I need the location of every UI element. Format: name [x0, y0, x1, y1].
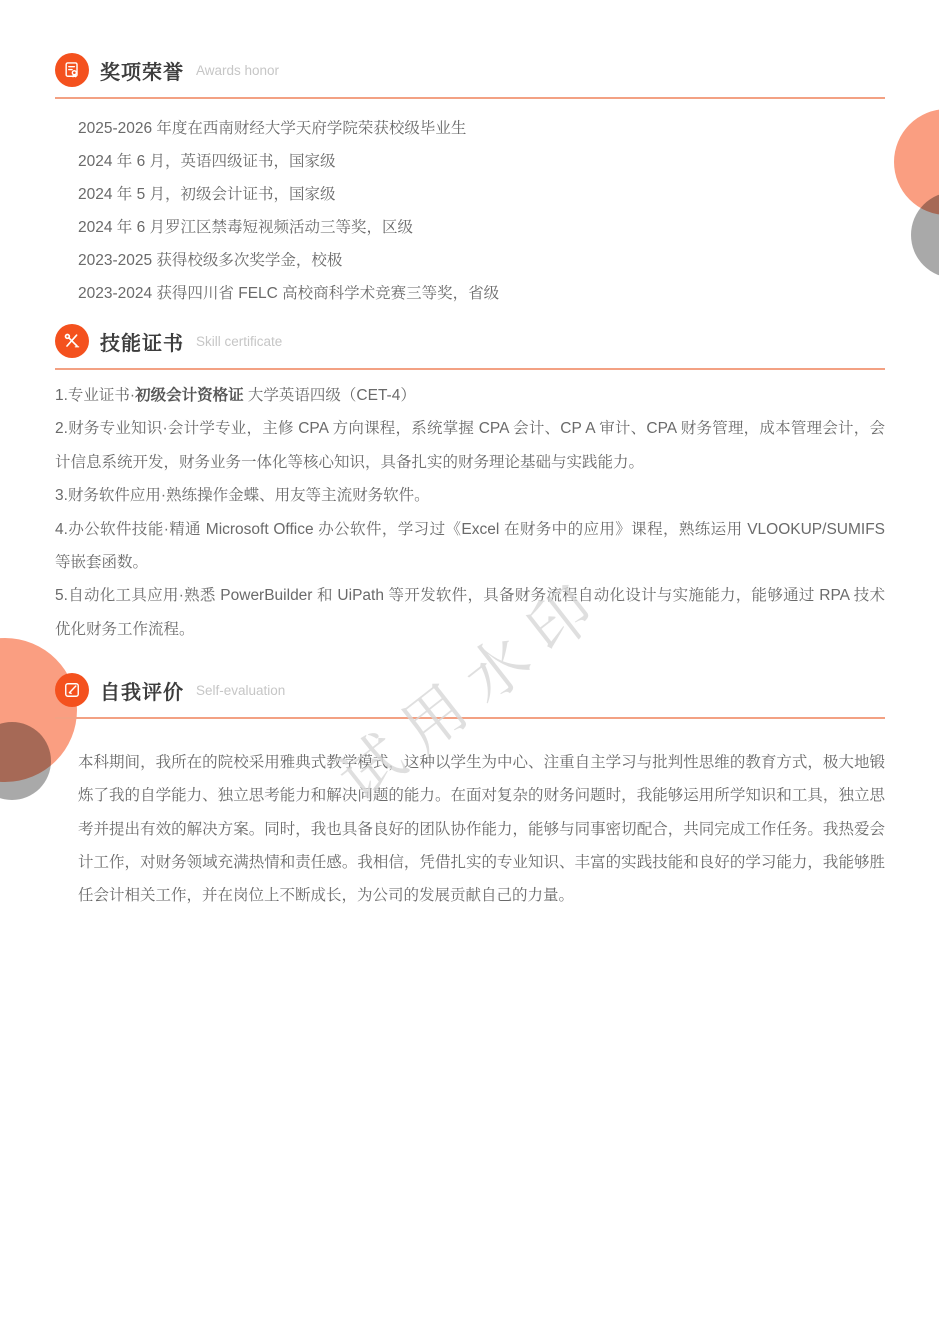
skill-item: 5.自动化工具应用·熟悉 PowerBuilder 和 UiPath 等开发软件… [55, 579, 885, 646]
award-item: 2023-2024 获得四川省 FELC 高校商科学术竞赛三等奖，省级 [78, 277, 885, 310]
award-item: 2024 年 6 月罗江区禁毒短视频活动三等奖，区级 [78, 211, 885, 244]
awards-subtitle: Awards honor [196, 63, 279, 78]
award-item: 2025-2026 年度在西南财经大学天府学院荣获校级毕业生 [78, 112, 885, 145]
skill-item-prefix: 1.专业证书· [55, 387, 135, 404]
section-awards: 奖项荣誉 Awards honor 2025-2026 年度在西南财经大学天府学… [55, 53, 885, 310]
skills-header: 技能证书 Skill certificate [55, 324, 885, 358]
edit-icon [55, 673, 89, 707]
skills-list: 1.专业证书·初级会计资格证 大学英语四级（CET-4） 2.财务专业知识·会计… [55, 379, 885, 646]
skill-item: 1.专业证书·初级会计资格证 大学英语四级（CET-4） [55, 379, 885, 412]
skills-subtitle: Skill certificate [196, 334, 282, 349]
resume-page: { "page": { "watermark": "试用水印" }, "colo… [0, 0, 939, 1328]
resume-content: 奖项荣誉 Awards honor 2025-2026 年度在西南财经大学天府学… [0, 0, 939, 912]
section-skills: 技能证书 Skill certificate 1.专业证书·初级会计资格证 大学… [55, 324, 885, 646]
evaluation-divider [55, 717, 885, 719]
skills-title: 技能证书 [100, 327, 184, 356]
evaluation-title: 自我评价 [100, 676, 184, 705]
certificate-icon [55, 53, 89, 87]
skill-item: 2.财务专业知识·会计学专业，主修 CPA 方向课程，系统掌握 CPA 会计、C… [55, 412, 885, 479]
skill-item: 4.办公软件技能·精通 Microsoft Office 办公软件，学习过《Ex… [55, 513, 885, 580]
award-item: 2024 年 5 月，初级会计证书，国家级 [78, 178, 885, 211]
skills-divider [55, 368, 885, 370]
awards-title: 奖项荣誉 [100, 56, 184, 85]
skill-item: 3.财务软件应用·熟练操作金蝶、用友等主流财务软件。 [55, 479, 885, 512]
skill-item-bold: 初级会计资格证 [135, 387, 244, 404]
awards-header: 奖项荣誉 Awards honor [55, 53, 885, 87]
skill-item-suffix: 大学英语四级（CET-4） [244, 387, 416, 404]
evaluation-paragraph: 本科期间，我所在的院校采用雅典式教学模式，这种以学生为中心、注重自主学习与批判性… [55, 746, 885, 912]
award-item: 2023-2025 获得校级多次奖学金，校极 [78, 244, 885, 277]
tools-icon [55, 324, 89, 358]
section-evaluation: 自我评价 Self-evaluation 本科期间，我所在的院校采用雅典式教学模… [55, 673, 885, 912]
awards-divider [55, 97, 885, 99]
evaluation-header: 自我评价 Self-evaluation [55, 673, 885, 707]
award-item: 2024 年 6 月，英语四级证书，国家级 [78, 145, 885, 178]
awards-list: 2025-2026 年度在西南财经大学天府学院荣获校级毕业生 2024 年 6 … [55, 112, 885, 310]
evaluation-subtitle: Self-evaluation [196, 683, 285, 698]
